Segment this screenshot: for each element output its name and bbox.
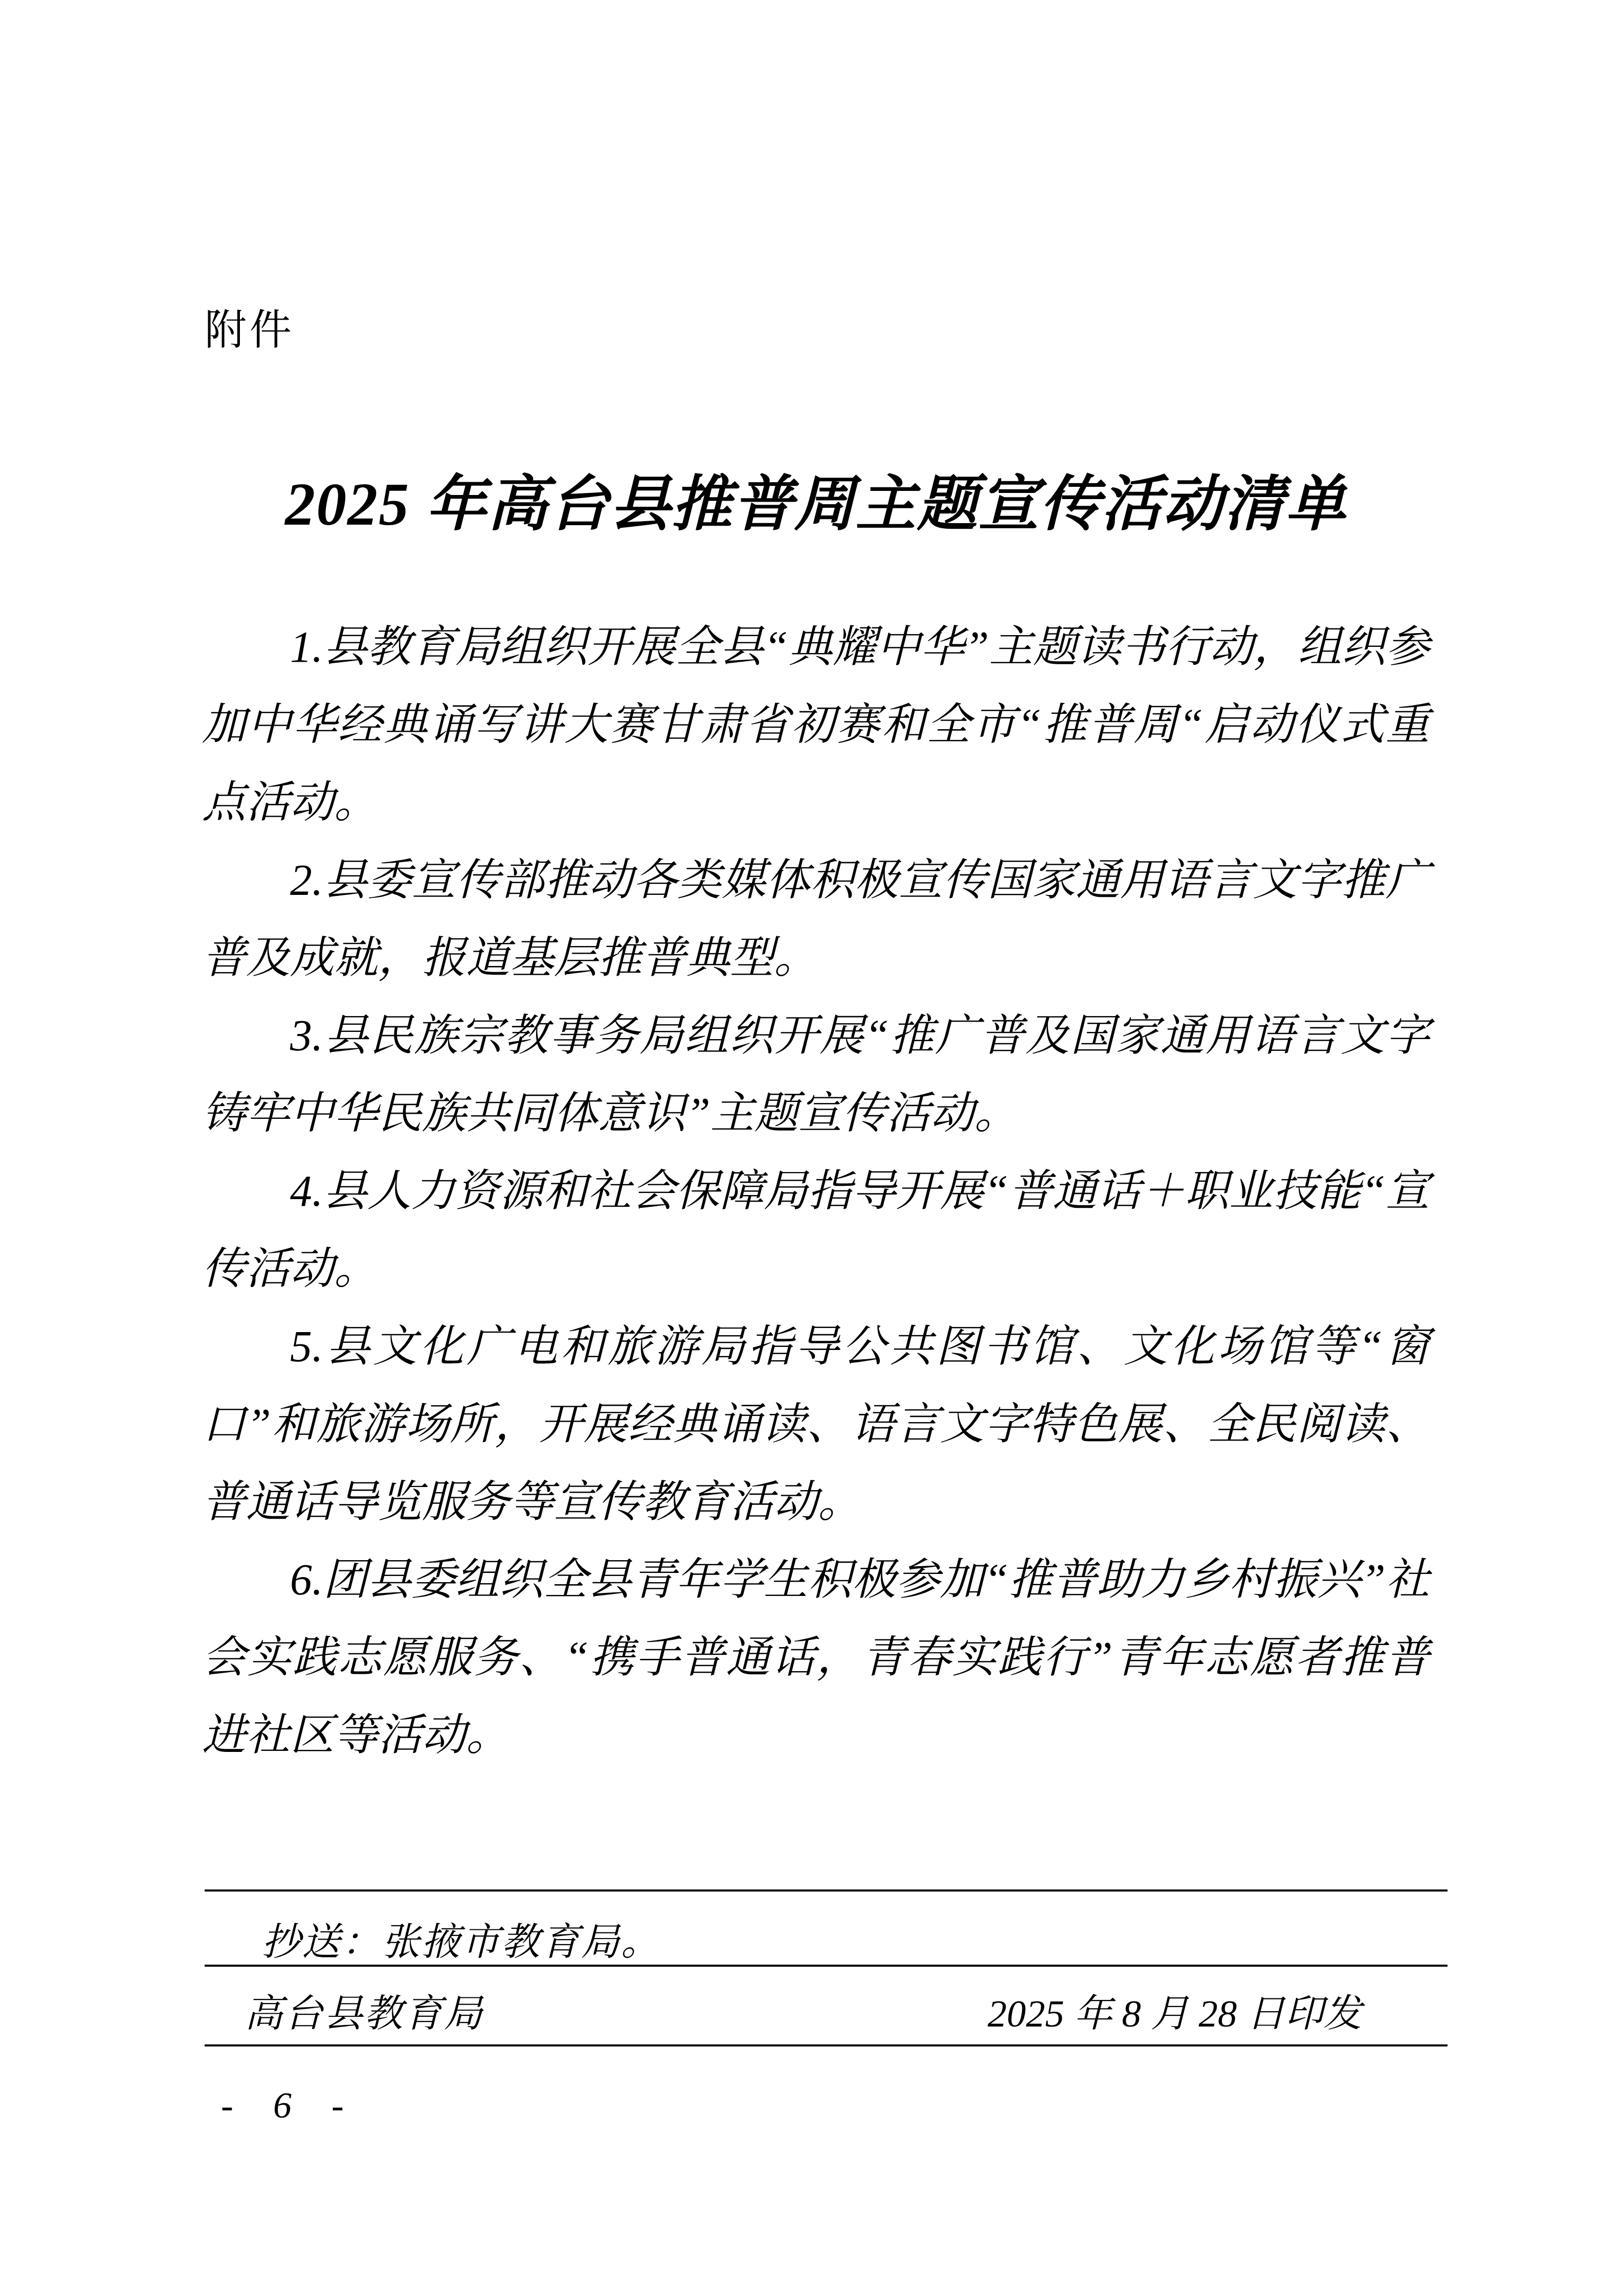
paragraph-2: 2.县委宣传部推动各类媒体积极宣传国家通用语言文字推广普及成就，报道基层推普典型… [202,841,1430,997]
page-title: 2025 年高台县推普周主题宣传活动清单 [202,466,1430,543]
issuer-name: 高台县教育局 [244,1992,484,2036]
issuer-row: 高台县教育局 2025 年 8 月 28 日印发 [205,1992,1448,2036]
footer-divider-top [205,1889,1448,1892]
document-body: 1.县教育局组织开展全县“典耀中华”主题读书行动，组织参加中华经典诵写讲大赛甘肃… [202,608,1430,1774]
paragraph-3: 3.县民族宗教事务局组织开展“推广普及国家通用语言文字铸牢中华民族共同体意识”主… [202,997,1430,1152]
cc-line: 抄送：张掖市教育局。 [262,1921,661,1965]
print-date: 2025 年 8 月 28 日印发 [988,1992,1362,2036]
paragraph-6: 6.团县委组织全县青年学生积极参加“推普助力乡村振兴”社会实践志愿服务、“携手普… [202,1541,1430,1774]
paragraph-1: 1.县教育局组织开展全县“典耀中华”主题读书行动，组织参加中华经典诵写讲大赛甘肃… [202,608,1430,841]
page-number: - 6 - [221,2084,359,2126]
footer-divider-bottom [205,2044,1448,2046]
document-page: 附件 2025 年高台县推普周主题宣传活动清单 1.县教育局组织开展全县“典耀中… [0,0,1624,2296]
footer-divider-middle [205,1965,1448,1967]
attachment-label: 附件 [205,306,295,355]
paragraph-4: 4.县人力资源和社会保障局指导开展“普通话＋职业技能“宣传活动。 [202,1152,1430,1308]
paragraph-5: 5.县文化广电和旅游局指导公共图书馆、文化场馆等“窗口”和旅游场所，开展经典诵读… [202,1308,1430,1541]
